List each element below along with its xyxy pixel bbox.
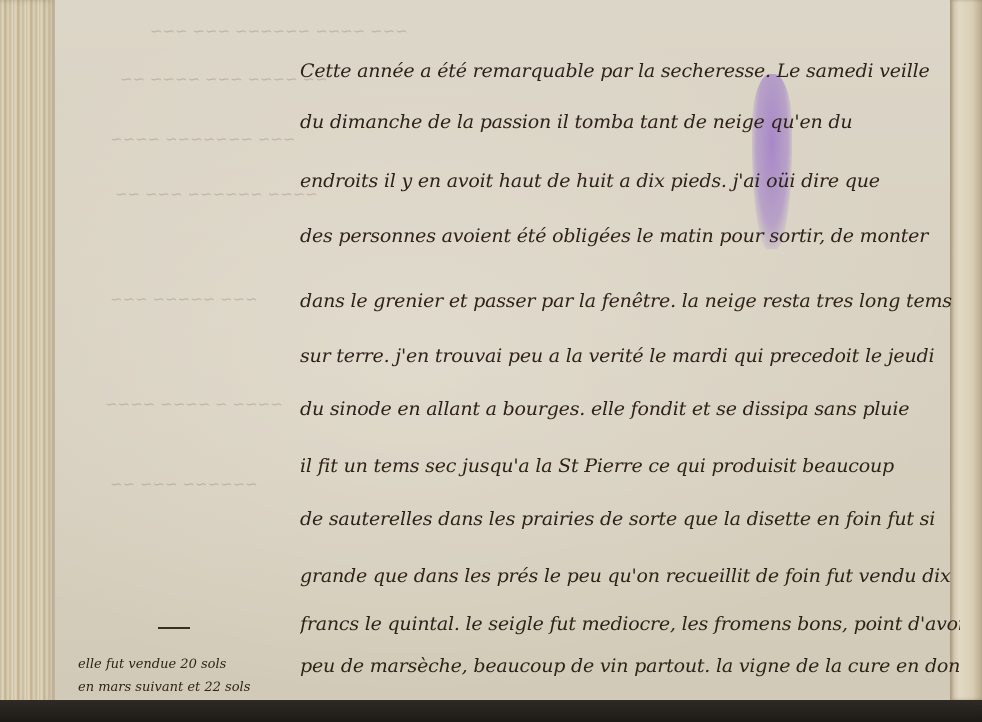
manuscript-scan: ~~~ ~~~~ ~~~~~~ ~~~ ~~~ ~~ ~~~~ ~~~ ~~~~…	[0, 0, 982, 722]
ink-stain	[752, 74, 792, 249]
bleed-through-text: ~~~~ ~ ~~~~ ~~~~	[105, 395, 283, 413]
manuscript-line: du dimanche de la passion il tomba tant …	[300, 111, 960, 133]
manuscript-line: grande que dans les prés le peu qu'on re…	[300, 565, 960, 587]
margin-note-line: en mars suivant et 22 sols	[78, 680, 250, 695]
manuscript-line: francs le quintal. le seigle fut mediocr…	[300, 613, 960, 635]
manuscript-line: Cette année a été remarquable par la sec…	[300, 60, 960, 82]
manuscript-line: peu de marsèche, beaucoup de vin partout…	[300, 655, 960, 677]
bleed-through-text: ~~~ ~~~~~~~ ~~~~	[110, 130, 296, 148]
bleed-through-text: ~~~ ~~~~~ ~~~	[110, 290, 258, 308]
margin-note-line: elle fut vendue 20 sols	[78, 657, 226, 672]
margin-mark	[158, 627, 190, 629]
bleed-through-text: ~~ ~~~~ ~~~ ~~~~ ~~	[120, 70, 328, 88]
manuscript-line: du sinode en allant a bourges. elle fond…	[300, 398, 960, 420]
manuscript-line: endroits il y en avoit haut de huit a di…	[300, 170, 960, 192]
scan-bottom-edge	[0, 700, 982, 722]
page-stack-edge	[0, 0, 55, 712]
manuscript-line: de sauterelles dans les prairies de sort…	[300, 508, 960, 530]
bleed-through-text: ~~~~ ~~~~~~ ~~~ ~~	[115, 185, 318, 203]
bleed-through-text: ~~~~~~ ~~~ ~~	[110, 475, 258, 493]
manuscript-line: sur terre. j'en trouvai peu a la verité …	[300, 345, 960, 367]
manuscript-line: dans le grenier et passer par la fenêtre…	[300, 290, 960, 312]
manuscript-line: il fit un tems sec jusqu'a la St Pierre …	[300, 455, 960, 477]
manuscript-line: des personnes avoient été obligées le ma…	[300, 225, 960, 247]
bleed-through-text: ~~~ ~~~~ ~~~~~~ ~~~ ~~~	[150, 22, 408, 40]
